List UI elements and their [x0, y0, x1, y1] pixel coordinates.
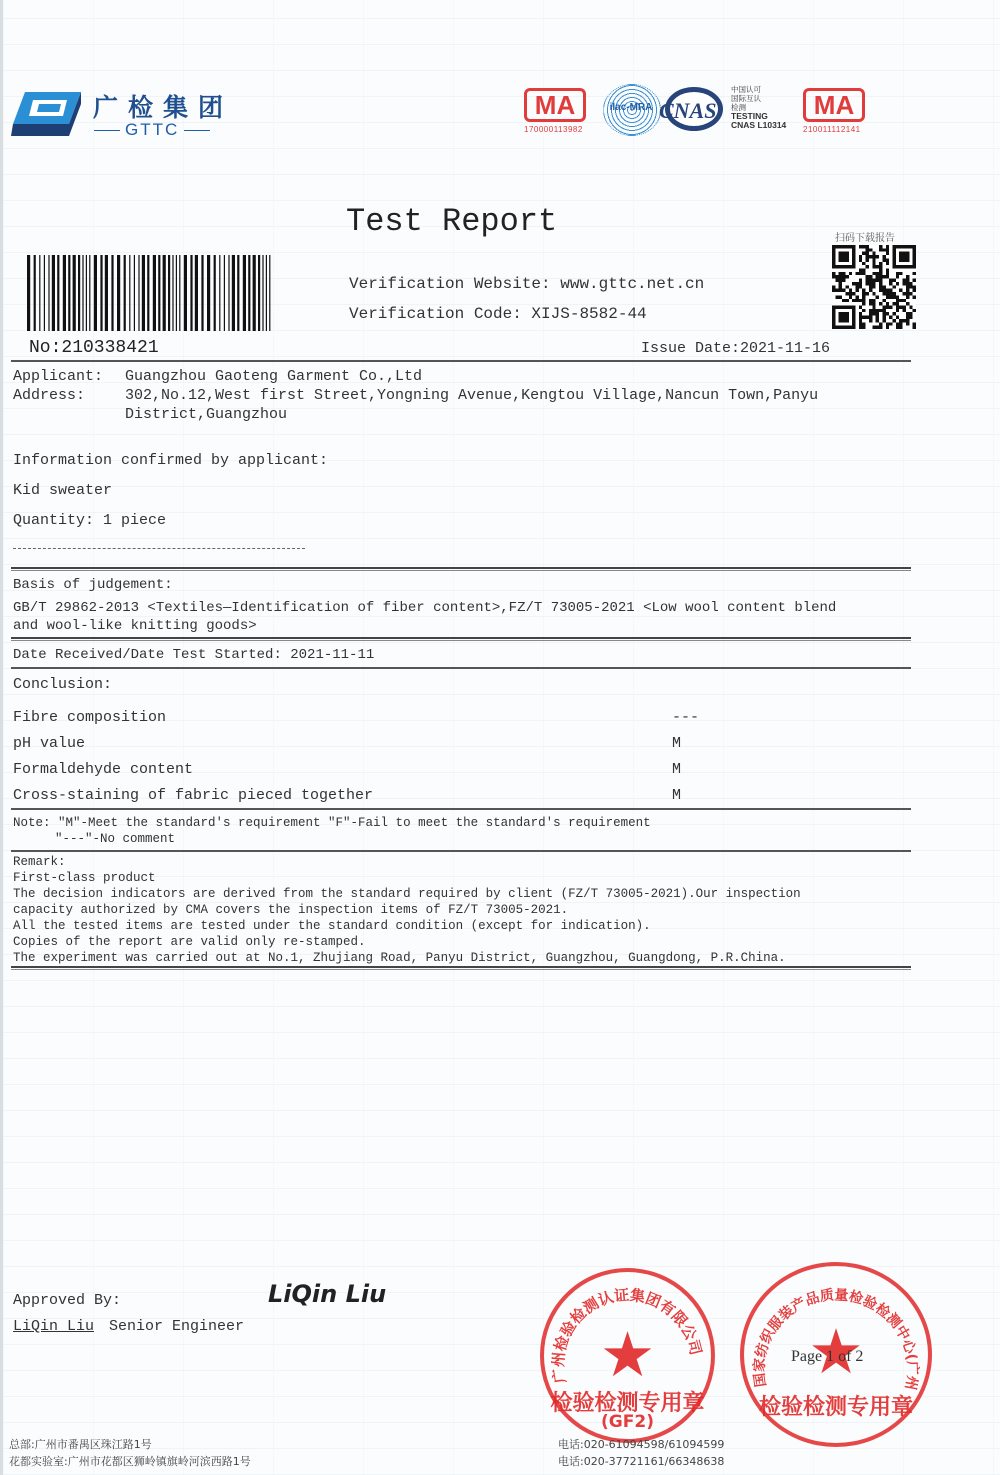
dashed-divider [13, 548, 305, 549]
cnas-side-text: 中国认可 国际互认 检测 TESTING CNAS L10314 [731, 85, 786, 130]
approved-by-label: Approved By: [13, 1292, 121, 1309]
divider [11, 637, 911, 641]
gttc-logo-icon [11, 92, 81, 136]
footer-phone-2: 电话:020-37721161/66348638 [558, 1453, 724, 1469]
divider [11, 850, 911, 852]
footer-lab-address: 花都实验室:广州市花都区狮岭镇旗岭河滨西路1号 [9, 1453, 251, 1469]
approver-name: LiQin Liu [13, 1318, 94, 1335]
cma-mark-left: MA [524, 88, 586, 122]
barcode-icon [25, 255, 275, 331]
remark-line: First-class product [13, 870, 156, 886]
qr-caption: 扫码下载报告 [835, 229, 895, 244]
remark-line: All the tested items are tested under th… [13, 918, 651, 934]
signature: LiQin Liu [268, 1280, 386, 1308]
remark-line: capacity authorized by CMA covers the in… [13, 902, 568, 918]
cnas-label: CNAS [659, 98, 716, 124]
note-line-1: Note: "M"-Meet the standard's requiremen… [13, 815, 651, 831]
approver-title: Senior Engineer [109, 1318, 244, 1335]
basis-line-1: GB/T 29862-2013 <Textiles—Identification… [13, 600, 836, 616]
basis-line-2: and wool-like knitting goods> [13, 618, 257, 634]
conclusion-item-result: M [672, 761, 681, 778]
logo-chinese-name: 广检集团 [93, 88, 233, 124]
info-heading: Information confirmed by applicant: [13, 452, 328, 469]
conclusion-item-name: Cross-staining of fabric pieced together [13, 787, 373, 804]
qr-code-icon[interactable] [832, 245, 916, 329]
address-line-1: 302,No.12,West first Street,Yongning Ave… [125, 387, 818, 404]
conclusion-item-name: pH value [13, 735, 85, 752]
verification-website: Verification Website: www.gttc.net.cn [349, 275, 704, 293]
page-indicator: Page 1 of 2 [791, 1348, 863, 1366]
cma-left-number: 170000113982 [524, 125, 583, 134]
verification-code: Verification Code: XIJS-8582-44 [349, 305, 647, 323]
conclusion-item-result: --- [672, 709, 699, 726]
divider [11, 966, 911, 970]
conclusion-item-result: M [672, 787, 681, 804]
conclusion-item-name: Formaldehyde content [13, 761, 193, 778]
stamp-code: (GF2) [544, 1412, 711, 1432]
company-stamp-left: 广州检验检测认证集团有限公司 ★ 检验检测专用章 (GF2) [540, 1268, 715, 1443]
remark-line: The experiment was carried out at No.1, … [13, 950, 786, 966]
ilac-mra-label: ilac-MRA [603, 102, 659, 113]
applicant-label: Applicant: [13, 368, 103, 385]
remark-line: Copies of the report are valid only re-s… [13, 934, 366, 950]
cma-right-number: 210011112141 [803, 125, 861, 134]
divider [11, 667, 911, 669]
divider [11, 360, 911, 362]
remark-line: The decision indicators are derived from… [13, 886, 801, 902]
applicant-value: Guangzhou Gaoteng Garment Co.,Ltd [125, 368, 422, 385]
product-name: Kid sweater [13, 482, 112, 499]
report-title: Test Report [346, 203, 557, 240]
divider [11, 808, 911, 810]
report-number: No:210338421 [29, 338, 159, 358]
cma-mark-right: MA [803, 88, 865, 122]
conclusion-heading: Conclusion: [13, 676, 112, 693]
date-received: Date Received/Date Test Started: 2021-11… [13, 647, 374, 663]
star-icon: ★ [544, 1324, 711, 1386]
stamp-bottom-text-right: 检验检测专用章 [744, 1390, 928, 1421]
conclusion-item-result: M [672, 735, 681, 752]
address-label: Address: [13, 387, 85, 404]
quantity: Quantity: 1 piece [13, 512, 166, 529]
issue-date: Issue Date:2021-11-16 [641, 340, 830, 357]
divider [11, 567, 911, 571]
address-line-2: District,Guangzhou [125, 406, 287, 423]
remark-heading: Remark: [13, 854, 66, 870]
conclusion-item-name: Fibre composition [13, 709, 166, 726]
footer-hq-address: 总部:广州市番禺区珠江路1号 [9, 1436, 152, 1452]
test-report-page: 广检集团 GTTC MA 170000113982 ilac-MRA CNAS … [0, 0, 1000, 1475]
logo-english-name: GTTC [89, 120, 215, 140]
note-line-2: "---"-No comment [55, 831, 175, 847]
basis-heading: Basis of judgement: [13, 577, 173, 593]
footer-phone-1: 电话:020-61094598/61094599 [558, 1436, 724, 1452]
